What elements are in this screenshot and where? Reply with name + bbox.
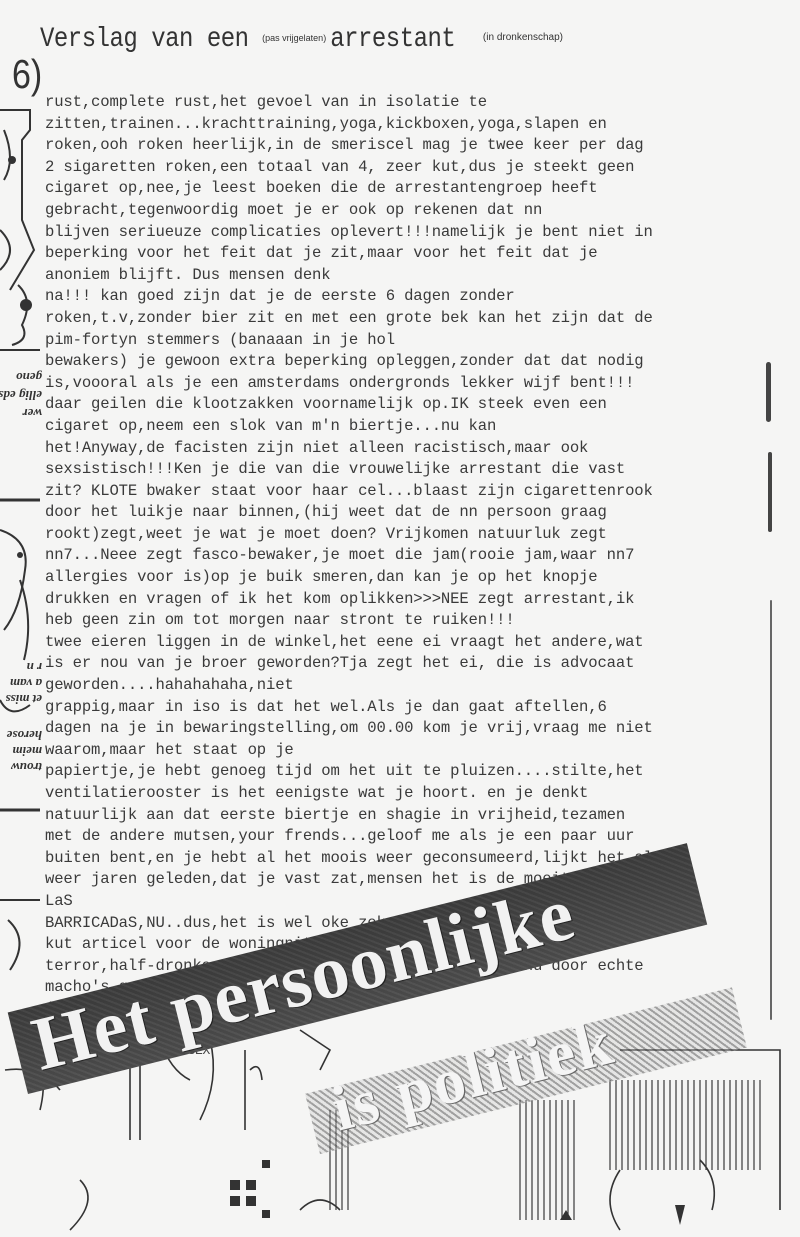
article-line: roken,ooh roken heerlijk,in de smeriscel…: [45, 135, 775, 157]
article-line: waarom,maar het staat op je: [45, 740, 775, 762]
article-line: blijven seriueuze complicaties oplevert!…: [45, 222, 775, 244]
article-line: het!Anyway,de facisten zijn niet alleen …: [45, 438, 775, 460]
strip-caption: trouw: [0, 760, 42, 774]
article-line: roken,t.v,zonder bier zit en met een gro…: [45, 308, 775, 330]
article-line: daar geilen die klootzakken voornamelijk…: [45, 394, 775, 416]
article-line: cigaret op,neem een slok van m'n biertje…: [45, 416, 775, 438]
article-line: allergies voor is)op je buik smeren,dan …: [45, 567, 775, 589]
article-line: heb geen zin om tot morgen naar stront t…: [45, 610, 775, 632]
article-line: geworden....hahahahaha,niet: [45, 675, 775, 697]
title-subtitle: (in dronkenschap): [483, 32, 563, 43]
zine-page: Verslag van een (pas vrijgelaten)arresta…: [0, 0, 800, 1237]
article-line: drukken en vragen of ik het kom oplikken…: [45, 589, 775, 611]
article-line: dagen na je in bewaringstelling,om 00.00…: [45, 718, 775, 740]
article-line: is,voooral als je een amsterdams ondergr…: [45, 373, 775, 395]
strip-caption: geno: [0, 370, 42, 384]
strip-caption: herose: [0, 728, 42, 742]
article-line: beperking voor het feit dat je zit,maar …: [45, 243, 775, 265]
article-line: ventilatierooster is het eenigste wat je…: [45, 783, 775, 805]
article-line: door het luikje naar binnen,(hij weet da…: [45, 502, 775, 524]
article-line: pim-fortyn stemmers (banaaan in je hol: [45, 330, 775, 352]
title-part-2: arrestant: [330, 24, 455, 55]
strip-caption: r n: [0, 660, 42, 674]
issue-number: 6): [12, 52, 42, 99]
strip-caption: ellig eds: [0, 388, 42, 402]
article-line: gebracht,tegenwoordig moet je er ook op …: [45, 200, 775, 222]
article-line: met de andere mutsen,your frends...geloo…: [45, 826, 775, 848]
title-part-1: Verslag van een: [40, 24, 249, 55]
strip-caption: meim: [0, 744, 42, 758]
strip-caption: wer: [0, 406, 42, 420]
article-line: na!!! kan goed zijn dat je de eerste 6 d…: [45, 286, 775, 308]
article-line: zit? KLOTE bwaker staat voor haar cel...…: [45, 481, 775, 503]
article-line: rust,complete rust,het gevoel van in iso…: [45, 92, 775, 114]
left-cartoon-strip: geno ellig eds wer r n a vam et miss her…: [0, 100, 42, 980]
article-line: bewakers) je gewoon extra beperking ople…: [45, 351, 775, 373]
title-aside: (pas vrijgelaten): [262, 33, 326, 43]
article-line: papiertje,je hebt genoeg tijd om het uit…: [45, 761, 775, 783]
cartoon-drawing-icon: [0, 100, 42, 980]
article-line: twee eieren liggen in de winkel,het eene…: [45, 632, 775, 654]
article-line: grappig,maar in iso is dat het wel.Als j…: [45, 697, 775, 719]
article-line: zitten,trainen...krachttraining,yoga,kic…: [45, 114, 775, 136]
article-line: natuurlijk aan dat eerste biertje en sha…: [45, 805, 775, 827]
strip-caption: a vam: [0, 676, 42, 690]
article-line: rookt)zegt,weet je wat je moet doen? Vri…: [45, 524, 775, 546]
article-line: is er nou van je broer geworden?Tja zegt…: [45, 653, 775, 675]
article-line: nn7...Neee zegt fasco-bewaker,je moet di…: [45, 545, 775, 567]
article-line: sexsistisch!!!Ken je die van die vrouwel…: [45, 459, 775, 481]
article-title: Verslag van een (pas vrijgelaten)arresta…: [40, 26, 563, 53]
article-line: cigaret op,nee,je leest boeken die de ar…: [45, 178, 775, 200]
article-line: anoniem blijft. Dus mensen denk: [45, 265, 775, 287]
article-line: 2 sigaretten roken,een totaal van 4, zee…: [45, 157, 775, 179]
strip-caption: et miss: [0, 692, 42, 706]
